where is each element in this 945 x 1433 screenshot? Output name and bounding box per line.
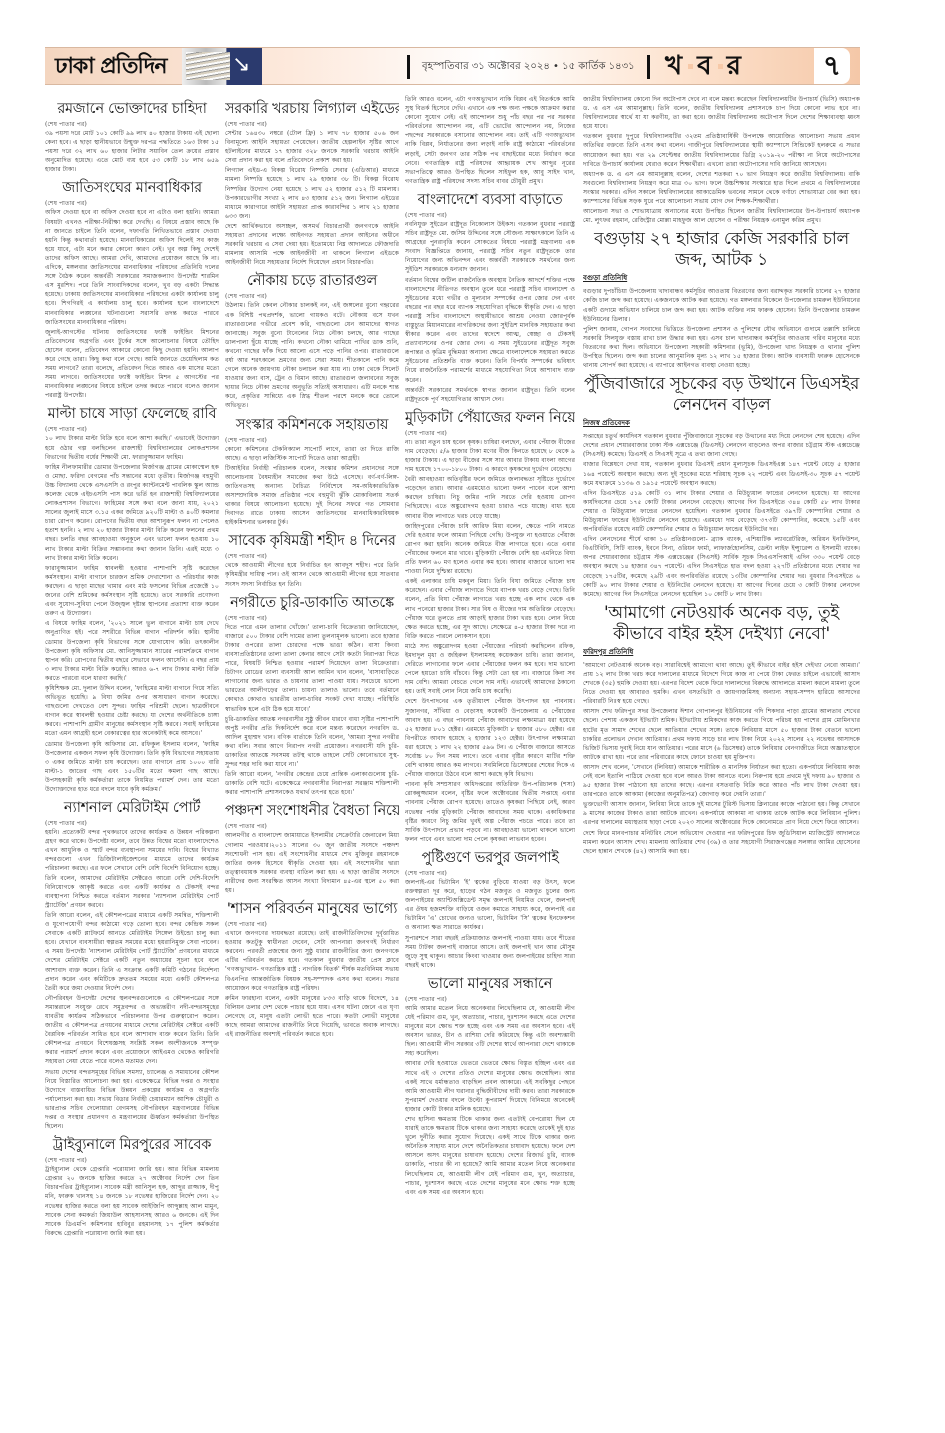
headline[interactable]: নগরীতে চুরি-ডাকাতি আতঙ্কে — [225, 593, 399, 613]
divider — [647, 55, 650, 79]
divider — [407, 55, 410, 79]
continued-label: (শেষ পাতার পর) — [225, 292, 399, 301]
article-body: তিনি আরো বলেন, 'নগরীর কেন্দ্রের চেয়ে প্… — [225, 770, 399, 797]
headline[interactable]: 'শাসন পরিবর্তন মানুষের ভাগ্যে — [225, 899, 399, 919]
headline[interactable]: ট্রাইব্যুনালে মিরপুরের সাবেক — [45, 1135, 219, 1155]
headline[interactable]: পঞ্চদশ সংশোধনীর বৈধতা নিয়ে — [225, 801, 399, 821]
article-agri-minister[interactable]: সাবেক কৃষিমন্ত্রী শহীদ ৪ দিনের (শেষ পাতা… — [225, 531, 399, 588]
article-body: ট্রাইব্যুনাল থেকে গ্রেপ্তারি পরোয়ানা জা… — [45, 1165, 219, 1238]
article-body: বগুড়ার দুপচাঁচিয়া উপজেলায় খাদ্যবান্ধব… — [583, 287, 860, 323]
headline[interactable]: পুঁজিবাজারে সূচকের বড় উত্থানে ডিএসইর লে… — [583, 374, 860, 416]
dot-separator — [718, 64, 723, 69]
article-body: তিনি আরো বলেন, এই কৌশলপত্রের মাধ্যমে একট… — [45, 911, 219, 993]
article-city-theft[interactable]: নগরীতে চুরি-ডাকাতি আতঙ্কে (শেষ পাতার পর)… — [225, 593, 399, 798]
newspaper-logo: ঢাকা প্রতিদিন — [55, 52, 166, 82]
article-body: রুমিন ফারহানা বলেন, একটা মানুষের ৮৩৩ বাড… — [225, 994, 399, 1039]
headline[interactable]: 'আমাগো নেটওয়ার্ক অনেক বড়, তুই কীভাবে ব… — [583, 603, 860, 645]
headline[interactable]: সাবেক কৃষিমন্ত্রী শহীদ ৪ দিনের — [225, 531, 399, 551]
continued-label: (শেষ পাতার পর) — [225, 822, 399, 831]
article-body: লিগ্যাল এইড-এ বিকল্প বিরোধ নিষ্পত্তি সেব… — [225, 166, 399, 221]
article-body: টিআইবির নির্বাহী পরিচালক বলেন, সংস্কার ক… — [225, 464, 399, 528]
article-body: ১০ লাখ টাকার মাল্টা বিক্রি হবে বলে আশা ক… — [45, 434, 219, 461]
continued-label: (শেষ পাতার পর) — [225, 552, 399, 561]
article-body: দিতে পারে এমন তালার খোঁজে।' তালা-চাবি বি… — [225, 623, 399, 714]
article-bogura-rice[interactable]: বগুড়ায় ২৭ হাজার কেজি সরকারি চাল জব্দ, … — [583, 229, 860, 370]
article-malta[interactable]: মাল্টা চাষে সাড়া ফেলেছে রাবি (শেষ পাতার… — [45, 404, 219, 794]
article-body-continued: জাতীয় বিশ্ববিদ্যালয় কোনো দিন অটোপাস দে… — [583, 95, 860, 131]
article-body: সভায় দেশের বন্দরসমূহের বিভিন্ন সমস্যা, … — [45, 1068, 219, 1132]
article-stock[interactable]: পুঁজিবাজারে সূচকের বড় উত্থানে ডিএসইর লে… — [583, 374, 860, 599]
headline[interactable]: মাল্টা চাষে সাড়া ফেলেছে রাবি — [45, 404, 219, 424]
section-letter: খ — [665, 51, 684, 81]
continued-label: (শেষ পাতার পর) — [45, 819, 219, 828]
continued-label: (শেষ পাতার পর) — [45, 199, 219, 208]
date-bar: বৃহস্পতিবার ৩১ অক্টোবর ২০২৪ • ১৫ কার্তিক… — [407, 54, 650, 80]
article-body: আলমগীর ও বাংলাদেশ জামায়াতে ইসলামীর সেক্… — [225, 831, 399, 895]
section-letter: র — [727, 51, 743, 81]
article-body-continued: গতকাল বুধবার দুপুরে বিশ্ববিদ্যালয়টির ৩২… — [583, 132, 860, 168]
article-body: দেশে ফিরে মানবপাচার মনিটরিং সেলে অভিযোগ … — [583, 829, 860, 856]
article-body: কোনো কমিশনের টেকনিক্যাল সাপোর্ট লাগে, তা… — [225, 445, 399, 463]
article-regime-change[interactable]: 'শাসন পরিবর্তন মানুষের ভাগ্যে (শেষ পাতার… — [225, 899, 399, 1039]
headline[interactable]: রমজানে ভোক্তাদের চাহিদা — [45, 99, 219, 119]
article-body: ৩৯ পয়সা দরে মোট ১০১ কোটি ৯৯ লাখ ৪০ হাজা… — [45, 129, 219, 174]
article-un-rights[interactable]: জাতিসংঘের মানবাধিকার (শেষ পাতার পর) অফিস… — [45, 178, 219, 400]
continued-label: (শেষ পাতার পর) — [225, 920, 399, 929]
arrow-icon: ↘ — [232, 54, 250, 76]
continued-label: (শেষ পাতার পর) — [225, 614, 399, 623]
headline[interactable]: বগুড়ায় ২৭ হাজার কেজি সরকারি চাল জব্দ, … — [583, 229, 860, 271]
article-body: 'আমাগো নেটওয়ার্ক অনেক বড়। সারাবিশ্বেই … — [583, 661, 860, 706]
article-legal-aid[interactable]: সরকারি খরচায় লিগ্যাল এইডের (শেষ পাতার প… — [225, 99, 399, 267]
article-body: চুরি-ডাকাতির আতঙ্ক নগরবাসীর সুষ্ঠু জীবন … — [225, 715, 399, 770]
continued-label: (শেষ পাতার পর) — [45, 425, 219, 434]
article-body: এদিন ডিএসইতে ৫১৯ কোটি ৩১ লাখ টাকার শেয়া… — [583, 489, 860, 534]
section-letter: ব — [697, 51, 713, 81]
article-body: নৌপরিবহন উপদেষ্টা দেশের স্থলবন্দরগুলোকে … — [45, 994, 219, 1067]
headline[interactable]: নৌকায় চড়ে রাতারগুল — [225, 271, 399, 291]
headline[interactable]: ন্যাশনাল মেরিটাইম পোর্ট — [45, 798, 219, 818]
column-4: জাতীয় বিশ্ববিদ্যালয় কোনো দিন অটোপাস দে… — [583, 95, 860, 1415]
continued-label: (শেষ পাতার পর) — [225, 120, 399, 129]
article-body: উঠলাম। তিনি কেবল নৌকার চালকই নন, এই জঙ্গ… — [225, 301, 399, 410]
article-body: কৃষিশিক্ষক মো. দুলাল উদ্দিন বলেন, 'ফাহিম… — [45, 684, 219, 739]
article-network[interactable]: 'আমাগো নেটওয়ার্ক অনেক বড়, তুই কীভাবে ব… — [583, 603, 860, 856]
issue-date: বৃহস্পতিবার ৩১ অক্টোবর ২০২৪ • ১৫ কার্তিক… — [422, 59, 635, 76]
article-body: সপ্তাহের চতুর্থ কার্যদিবস গতকাল বুধবার প… — [583, 432, 860, 459]
headline[interactable]: সরকারি খরচায় লিগ্যাল এইডের — [225, 99, 399, 119]
byline: নিজস্ব প্রতিবেদক — [583, 417, 860, 429]
page-number: ৭ — [814, 48, 850, 84]
column-1: রমজানে ভোক্তাদের চাহিদা (শেষ পাতার পর) ৩… — [45, 95, 219, 1415]
article-body: সেন্টার ১৬৪৩০ নম্বরে (টোল ফ্রি) ১ লাখ ৭৮… — [225, 129, 399, 165]
column-2: সরকারি খরচায় লিগ্যাল এইডের (শেষ পাতার প… — [225, 95, 399, 1415]
newspaper-stack-graphic: ↘ — [182, 48, 262, 85]
article-maritime[interactable]: ন্যাশনাল মেরিটাইম পোর্ট (শেষ পাতার পর) হ… — [45, 798, 219, 1131]
article-body: আসাদ শেখ ফরিদপুর সদর উপজেলার ঈশান গোপালপ… — [583, 707, 860, 762]
article-boat[interactable]: নৌকায় চড়ে রাতারগুল (শেষ পাতার পর) উঠলা… — [225, 271, 399, 410]
headline[interactable]: জাতিসংঘের মানবাধিকার — [45, 178, 219, 198]
article-body: থেকে আওয়ামী লীগের হয়ে নির্বাচিত হন আবদ… — [225, 561, 399, 588]
section-title: খবর — [665, 50, 743, 82]
article-body: ডোমার উপজেলা কৃষি অফিসার মো. রফিকুল ইসলা… — [45, 740, 219, 795]
continued-label: (শেষ পাতার পর) — [225, 436, 399, 445]
byline: ফরিদপুর প্রতিনিধি — [583, 646, 860, 658]
article-body-continued: আলোচনা সভা ও শোভাযাত্রায় অন্যান্যের মধ্… — [583, 207, 860, 225]
article-body: ফারাবুজ্জামান ফাহিম স্বাবলম্বী হওয়ার পা… — [45, 564, 219, 619]
article-body: ফাহিম নীলফামারীর ডোমার উপজেলার মির্জাগঞ্… — [45, 463, 219, 563]
paper-stack-icon — [186, 52, 230, 80]
headline[interactable]: সংস্কার কমিশনকে সহায়তায় — [225, 415, 399, 435]
article-body-continued: অধ্যাপক ড. এ এস এম আমানুল্লাহ বলেন, দেশে… — [583, 170, 860, 206]
article-body: দেশে আর্থিকভাবে অসচ্ছল, অসমর্থ বিচারপ্রা… — [225, 222, 399, 267]
article-body: হয়নি। প্রত্যেকটি বন্দর পৃথকভাবে তাদের ক… — [45, 828, 219, 910]
article-body: ভুক্তভোগী আসাদ জানান, লিবিয়া নিয়ে তাকে… — [583, 800, 860, 827]
article-body: জুলাই-আগস্টের ঘটনায় জাতিসংঘের ফ্যাক্ট ফ… — [45, 328, 219, 401]
byline: বগুড়া প্রতিনিধি — [583, 272, 860, 284]
article-body: এ বিষয়ে ফাহিম বলেন, '২০২১ সালে ভুল বাগা… — [45, 619, 219, 683]
article-body: এদিন লেনদেনের শীর্ষে থাকা ১০ প্রতিষ্ঠানগ… — [583, 535, 860, 599]
article-amendment[interactable]: পঞ্চদশ সংশোধনীর বৈধতা নিয়ে (শেষ পাতার প… — [225, 801, 399, 895]
article-body: পুলিশ জানায়, গোপন সংবাদের ভিত্তিতে উপজে… — [583, 325, 860, 370]
article-body: অফিস দেওয়া হবে বা অফিস দেওয়া হবে না এট… — [45, 208, 219, 326]
article-body: এখানে জনগণের দায়বদ্ধতা রয়েছে। তাই রাজন… — [225, 929, 399, 993]
article-body: বাজার বিশ্লেষণে দেখা যায়, গতকাল বুধবার … — [583, 460, 860, 487]
masthead: ঢাকা প্রতিদিন ↘ বৃহস্পতিবার ৩১ অক্টোবর ২… — [45, 47, 860, 85]
continued-label: (শেষ পাতার পর) — [45, 1156, 219, 1165]
article-body: আসাদ শেখ বলেন, 'সেখানে (লিবিয়া) আমাকে শ… — [583, 763, 860, 799]
dot-separator — [688, 64, 693, 69]
continued-label: (শেষ পাতার পর) — [45, 120, 219, 129]
news-columns: রমজানে ভোক্তাদের চাহিদা (শেষ পাতার পর) ৩… — [45, 95, 860, 1415]
article-tribunal[interactable]: ট্রাইব্যুনালে মিরপুরের সাবেক (শেষ পাতার … — [45, 1135, 219, 1238]
article-reform[interactable]: সংস্কার কমিশনকে সহায়তায় (শেষ পাতার পর)… — [225, 415, 399, 528]
article-ramzan[interactable]: রমজানে ভোক্তাদের চাহিদা (শেষ পাতার পর) ৩… — [45, 99, 219, 174]
